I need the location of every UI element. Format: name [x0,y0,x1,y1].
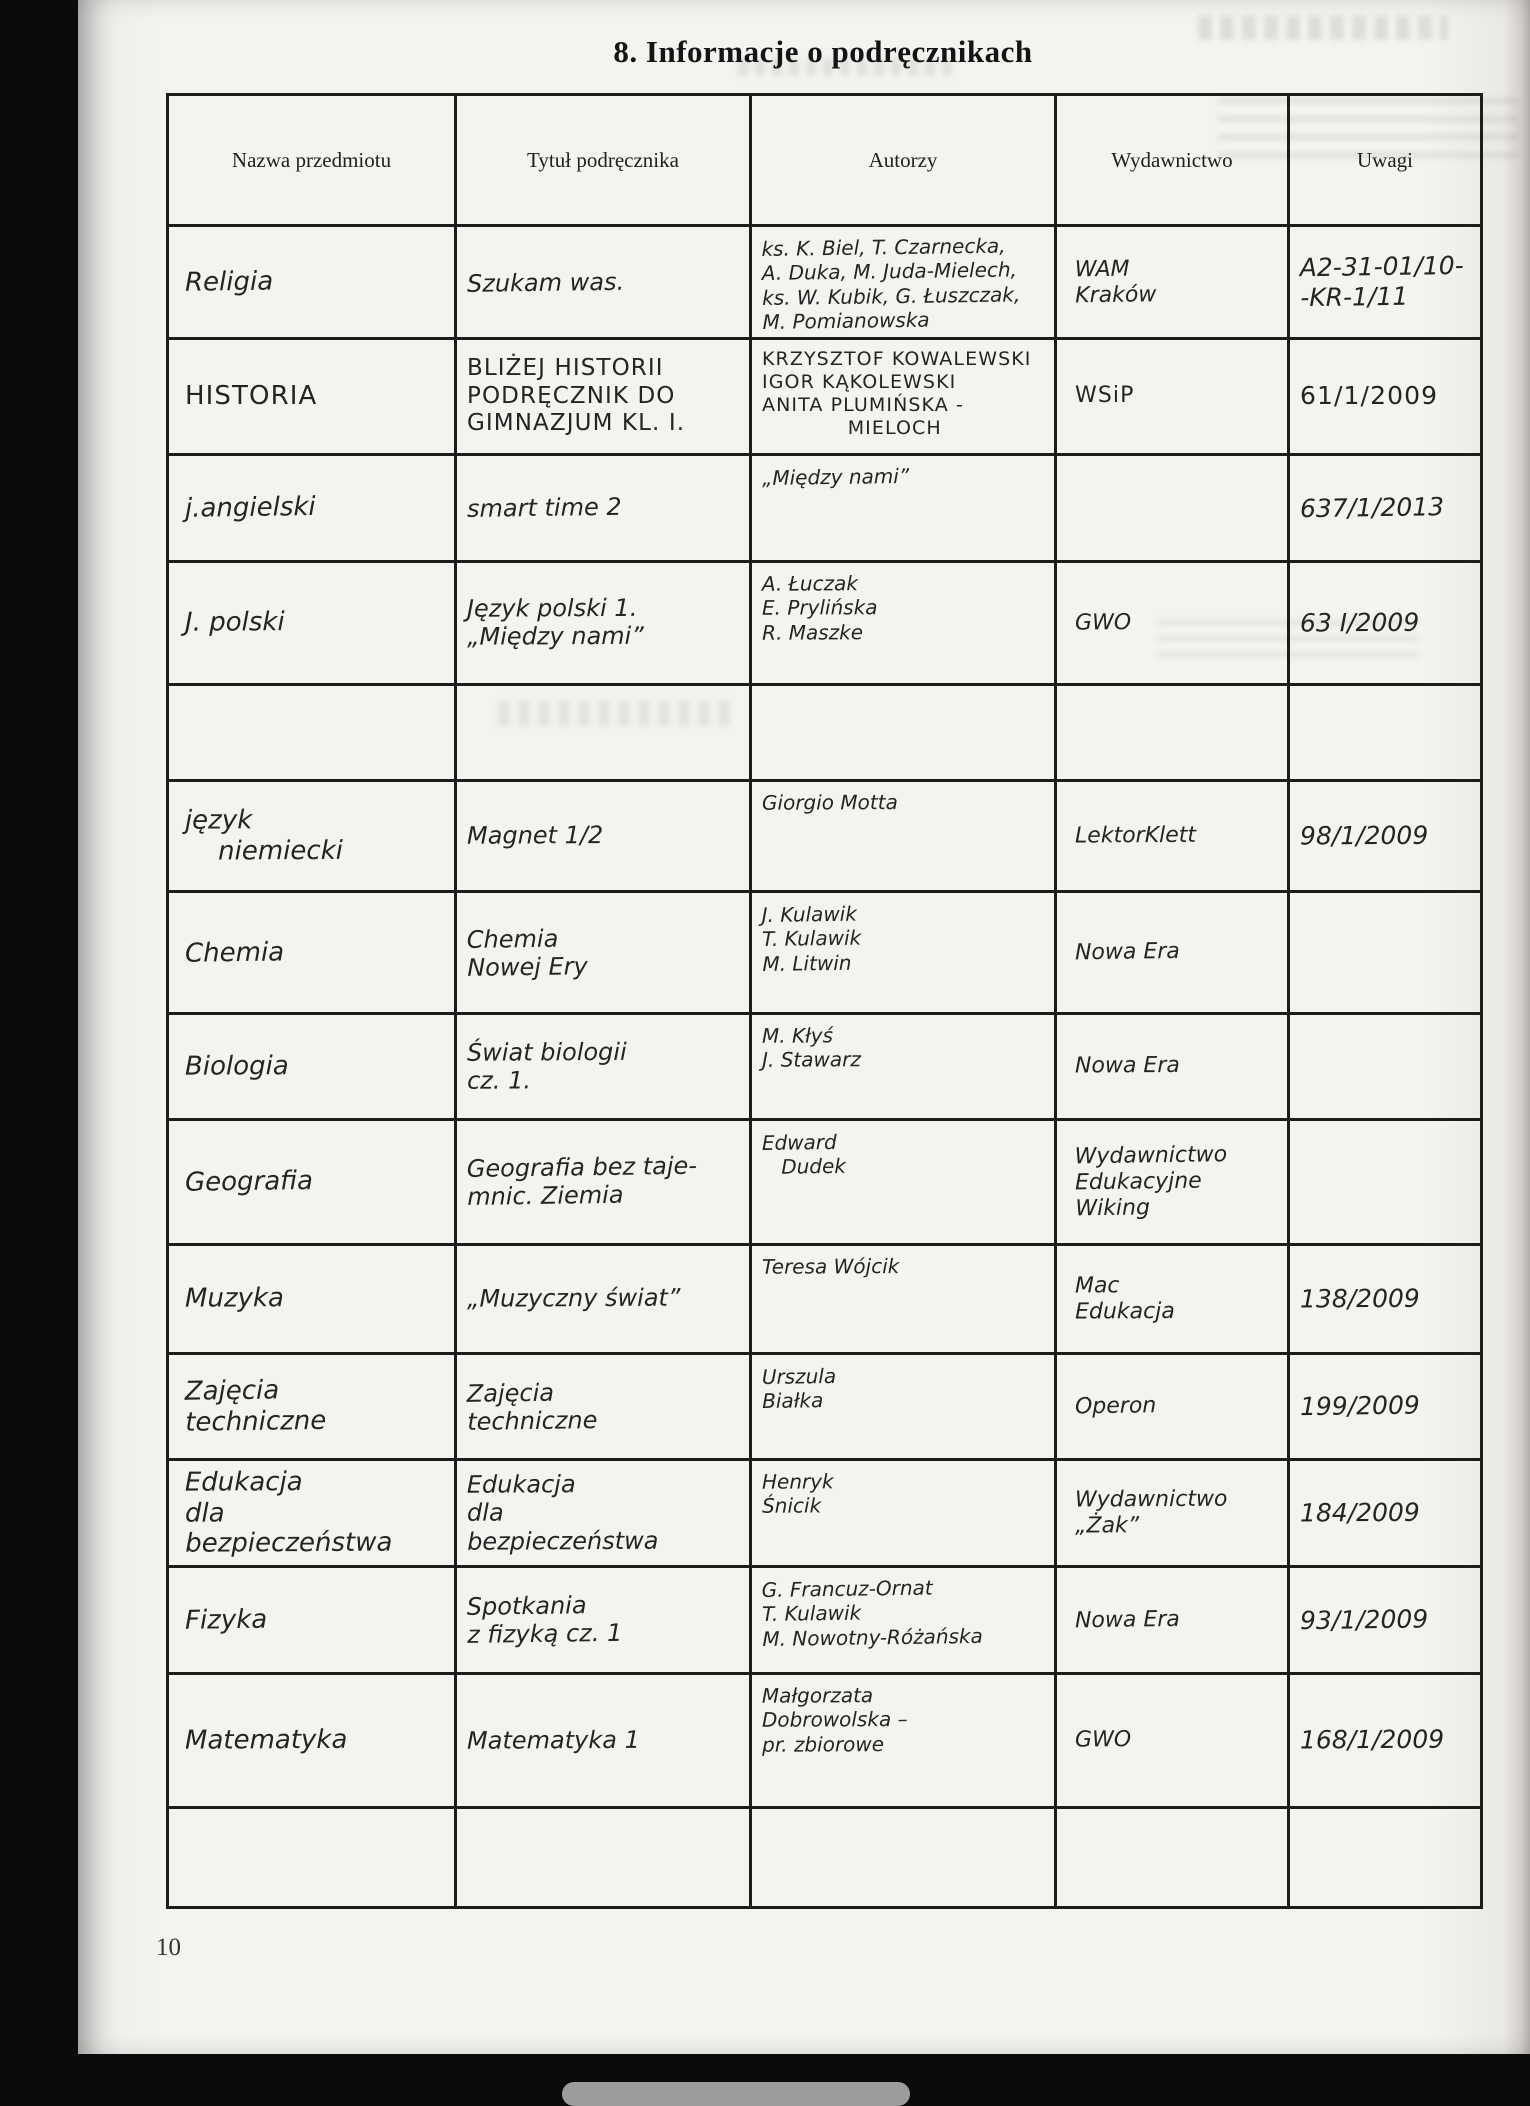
table-row: język niemieckiMagnet 1/2Giorgio MottaLe… [168,780,1482,891]
table-row: ReligiaSzukam was.ks. K. Biel, T. Czarne… [168,226,1482,339]
table-row: j.angielskismart time 2„Między nami”637/… [168,454,1482,561]
table-header-row: Nazwa przedmiotuTytuł podręcznikaAutorzy… [168,95,1482,226]
handwritten-text [762,692,1044,696]
cell-title [456,1807,751,1907]
handwritten-text: Urszula Białka [762,1361,1045,1414]
cell-notes: 61/1/2009 [1289,338,1482,454]
handwritten-text [1300,731,1470,733]
cell-subject: j.angielski [168,454,456,561]
cell-title: Zajęcia techniczne [456,1353,751,1459]
page-title: 8. Informacje o podręcznikach [166,34,1480,70]
handwritten-text: HISTORIA [179,381,444,412]
handwritten-text: Edward Dudek [762,1127,1045,1180]
cell-title: Magnet 1/2 [456,780,751,891]
handwritten-text: GWO [1067,609,1277,636]
cell-subject: Biologia [168,1013,456,1119]
cell-authors [751,1807,1056,1907]
cell-publisher: Nowa Era [1056,1566,1289,1673]
cell-title: BLIŻEJ HISTORII PODRĘCZNIK DO GIMNAZJUM … [456,338,751,454]
page-number: 10 [156,1934,181,1962]
cell-notes: 93/1/2009 [1289,1566,1482,1673]
handwritten-text: 637/1/2013 [1300,492,1470,524]
cell-title: Świat biologii cz. 1. [456,1013,751,1119]
cell-title: Szukam was. [456,226,751,339]
handwritten-text: Wydawnictwo Edukacyjne Wiking [1066,1141,1277,1222]
handwritten-text [1300,1856,1470,1858]
cell-subject: Fizyka [168,1566,456,1673]
cell-authors: Henryk Śnicik [751,1459,1056,1566]
handwritten-text [467,1855,739,1859]
cell-subject: Religia [168,226,456,339]
cell-notes: 98/1/2009 [1289,780,1482,891]
handwritten-text: BLIŻEJ HISTORII PODRĘCZNIK DO GIMNAZJUM … [467,355,739,436]
cell-subject: Muzyka [168,1244,456,1353]
handwritten-text: WSiP [1067,383,1277,409]
handwritten-text: Biologia [179,1050,444,1082]
handwritten-text: 184/2009 [1300,1497,1470,1527]
handwritten-text: Henryk Śnicik [762,1468,1044,1518]
handwritten-text: Edukacja dla bezpieczeństwa [467,1469,739,1555]
textbook-table-body: ReligiaSzukam was.ks. K. Biel, T. Czarne… [168,226,1482,1908]
cell-title: Spotkania z fizyką cz. 1 [456,1566,751,1673]
handwritten-text: Matematyka [179,1724,444,1756]
cell-publisher: WSiP [1056,338,1289,454]
cell-title: Geografia bez taje- mnic. Ziemia [456,1119,751,1244]
handwritten-text [1300,1066,1470,1067]
handwritten-text: WAM Kraków [1067,254,1278,309]
column-header: Uwagi [1289,95,1482,226]
cell-notes: 168/1/2009 [1289,1673,1482,1807]
handwritten-text: Teresa Wójcik [762,1253,1044,1279]
table-row: Muzyka„Muzyczny świat”Teresa WójcikMac E… [168,1244,1482,1353]
cell-authors: Edward Dudek [751,1119,1056,1244]
cell-publisher: Mac Edukacja [1056,1244,1289,1353]
cell-notes [1289,891,1482,1013]
handwritten-text: Matematyka 1 [467,1725,739,1755]
scanner-artifact-bar [562,2082,910,2106]
handwritten-text: Magnet 1/2 [467,821,739,851]
handwritten-text: Nowa Era [1067,1605,1277,1634]
cell-publisher: GWO [1056,1673,1289,1807]
cell-subject: Chemia [168,891,456,1013]
handwritten-text: Szukam was. [467,266,739,298]
handwritten-text: 199/2009 [1300,1390,1470,1422]
cell-authors: Małgorzata Dobrowolska – pr. zbiorowe [751,1673,1056,1807]
handwritten-text [1067,506,1277,509]
cell-notes [1289,1013,1482,1119]
handwritten-text: ks. K. Biel, T. Czarnecka, A. Duka, M. J… [761,233,1044,334]
table-row: ChemiaChemia Nowej EryJ. Kulawik T. Kula… [168,891,1482,1013]
cell-authors: G. Francuz-Ornat T. Kulawik M. Nowotny-R… [751,1566,1056,1673]
cell-subject: Edukacja dla bezpieczeństwa [168,1459,456,1566]
handwritten-text [1300,1180,1470,1182]
cell-publisher [1056,684,1289,780]
cell-authors: A. Łuczak E. Prylińska R. Maszke [751,561,1056,684]
handwritten-text: smart time 2 [467,492,739,524]
handwritten-text: j.angielski [179,490,444,524]
cell-subject: J. polski [168,561,456,684]
handwritten-text: Geografia bez taje- mnic. Ziemia [467,1151,740,1211]
cell-subject: HISTORIA [168,338,456,454]
handwritten-text: 138/2009 [1300,1283,1470,1313]
cell-authors: J. Kulawik T. Kulawik M. Litwin [751,891,1056,1013]
cell-subject [168,1807,456,1907]
cell-authors: KRZYSZTOF KOWALEWSKI IGOR KĄKOLEWSKI ANI… [751,338,1056,454]
cell-publisher [1056,454,1289,561]
cell-subject: Geografia [168,1119,456,1244]
cell-title [456,684,751,780]
cell-subject [168,684,456,780]
handwritten-text: Muzyka [179,1283,444,1315]
cell-notes: A2-31-01/10- -KR-1/11 [1289,226,1482,339]
cell-authors: ks. K. Biel, T. Czarnecka, A. Duka, M. J… [751,226,1056,339]
handwritten-text: Chemia Nowej Ery [467,922,740,982]
handwritten-text: Mac Edukacja [1067,1272,1277,1325]
handwritten-text [1067,1856,1277,1859]
cell-title: Chemia Nowej Ery [456,891,751,1013]
handwritten-text [179,1855,444,1859]
cell-publisher: Wydawnictwo Edukacyjne Wiking [1056,1119,1289,1244]
table-row: FizykaSpotkania z fizyką cz. 1G. Francuz… [168,1566,1482,1673]
cell-notes: 63 I/2009 [1289,561,1482,684]
handwritten-text: Zajęcia techniczne [179,1374,445,1439]
cell-publisher: LektorKlett [1056,780,1289,891]
table-row: MatematykaMatematyka 1Małgorzata Dobrowo… [168,1673,1482,1807]
cell-notes: 199/2009 [1289,1353,1482,1459]
column-header: Wydawnictwo [1056,95,1289,226]
handwritten-text: „Muzyczny świat” [467,1284,739,1314]
column-header: Nazwa przedmiotu [168,95,456,226]
table-row: GeografiaGeografia bez taje- mnic. Ziemi… [168,1119,1482,1244]
handwritten-text [467,730,739,734]
cell-publisher: WAM Kraków [1056,226,1289,339]
handwritten-text: Religia [179,265,444,299]
handwritten-text: J. Kulawik T. Kulawik M. Litwin [762,899,1045,976]
cell-notes: 637/1/2013 [1289,454,1482,561]
handwritten-text: „Między nami” [762,462,1044,490]
cell-title: „Muzyczny świat” [456,1244,751,1353]
cell-notes: 138/2009 [1289,1244,1482,1353]
table-row [168,1807,1482,1907]
handwritten-text: Spotkania z fizyką cz. 1 [467,1589,740,1649]
handwritten-text [1300,951,1470,953]
handwritten-text: LektorKlett [1067,822,1277,849]
handwritten-text: 168/1/2009 [1300,1725,1470,1755]
handwritten-text: Fizyka [179,1602,444,1636]
handwritten-text: Wydawnictwo „Żak” [1067,1486,1277,1539]
handwritten-text: Operon [1067,1392,1277,1421]
handwritten-text: 93/1/2009 [1300,1604,1470,1636]
cell-authors: „Między nami” [751,454,1056,561]
table-row: BiologiaŚwiat biologii cz. 1.M. Kłyś J. … [168,1013,1482,1119]
table-row: HISTORIABLIŻEJ HISTORII PODRĘCZNIK DO GI… [168,338,1482,454]
cell-title: Język polski 1. „Między nami” [456,561,751,684]
cell-authors: Giorgio Motta [751,780,1056,891]
cell-title: Matematyka 1 [456,1673,751,1807]
cell-authors: Urszula Białka [751,1353,1056,1459]
cell-publisher [1056,1807,1289,1907]
cell-title: Edukacja dla bezpieczeństwa [456,1459,751,1566]
cell-authors: M. Kłyś J. Stawarz [751,1013,1056,1119]
cell-authors: Teresa Wójcik [751,1244,1056,1353]
handwritten-text [762,1815,1044,1819]
page-edge-shading [1504,0,1530,2054]
scanned-document: { "doc": { "title": "8. Informacje o pod… [0,0,1530,2106]
handwritten-text: Geografia [179,1164,444,1198]
handwritten-text: Edukacja dla bezpieczeństwa [179,1466,444,1559]
cell-subject: Matematyka [168,1673,456,1807]
handwritten-text: 63 I/2009 [1300,607,1470,637]
cell-notes [1289,1807,1482,1907]
handwritten-text: M. Kłyś J. Stawarz [762,1022,1044,1072]
cell-notes: 184/2009 [1289,1459,1482,1566]
handwritten-text: J. polski [179,607,444,639]
handwritten-text: A2-31-01/10- -KR-1/11 [1300,251,1471,312]
table-row: J. polskiJęzyk polski 1. „Między nami”A.… [168,561,1482,684]
cell-publisher: Operon [1056,1353,1289,1459]
cell-title: smart time 2 [456,454,751,561]
cell-publisher: Wydawnictwo „Żak” [1056,1459,1289,1566]
handwritten-text: Zajęcia techniczne [467,1376,740,1436]
cell-publisher: Nowa Era [1056,1013,1289,1119]
handwritten-text: KRZYSZTOF KOWALEWSKI IGOR KĄKOLEWSKI ANI… [762,348,1044,441]
cell-publisher: Nowa Era [1056,891,1289,1013]
handwritten-text: Język polski 1. „Między nami” [467,594,739,652]
table-row [168,684,1482,780]
textbook-table: Nazwa przedmiotuTytuł podręcznikaAutorzy… [166,93,1483,1909]
handwritten-text: Świat biologii cz. 1. [467,1037,739,1095]
cell-authors [751,684,1056,780]
column-header: Autorzy [751,95,1056,226]
cell-notes [1289,684,1482,780]
table-row: Zajęcia techniczneZajęcia techniczneUrsz… [168,1353,1482,1459]
cell-notes [1289,1119,1482,1244]
cell-publisher: GWO [1056,561,1289,684]
handwritten-text: język niemiecki [179,804,444,867]
handwritten-text: A. Łuczak E. Prylińska R. Maszke [762,570,1044,645]
table-row: Edukacja dla bezpieczeństwaEdukacja dla … [168,1459,1482,1566]
handwritten-text: GWO [1067,1727,1277,1754]
handwritten-text: Nowa Era [1067,1053,1277,1080]
cell-subject: język niemiecki [168,780,456,891]
handwritten-text: G. Francuz-Ornat T. Kulawik M. Nowotny-R… [762,1574,1045,1651]
handwritten-text: Chemia [179,935,444,969]
handwritten-text: Nowa Era [1067,938,1277,967]
handwritten-text: 61/1/2009 [1300,381,1470,411]
handwritten-text: Giorgio Motta [762,789,1044,815]
handwritten-text [1067,731,1277,734]
column-header: Tytuł podręcznika [456,95,751,226]
cell-subject: Zajęcia techniczne [168,1353,456,1459]
handwritten-text: Małgorzata Dobrowolska – pr. zbiorowe [762,1682,1044,1757]
handwritten-text [179,730,444,734]
handwritten-text: 98/1/2009 [1300,820,1470,850]
